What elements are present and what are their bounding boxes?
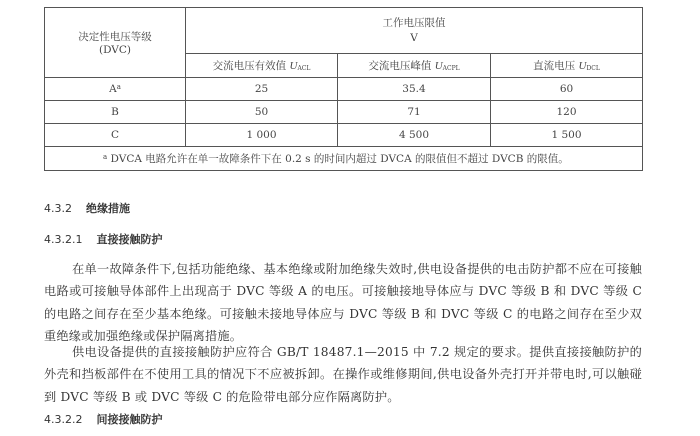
acl-cell: 25 (186, 78, 338, 101)
working-voltage-unit: V (186, 31, 642, 46)
dvc-cell: Aa (45, 78, 186, 101)
section-heading-4-3-2: 4.3.2绝缘措施 (44, 200, 130, 216)
acpl-cell: 35.4 (338, 78, 491, 101)
ac-peak-header: 交流电压峰值 UACPL (338, 54, 491, 78)
table-row: Aa 25 35.4 60 (45, 78, 643, 101)
dcl-cell: 60 (491, 78, 643, 101)
acpl-cell: 4 500 (338, 124, 491, 147)
working-voltage-header-label: 工作电压限值 (186, 16, 642, 31)
dvc-cell: C (45, 124, 186, 147)
dvc-header-label: 决定性电压等级 (45, 29, 185, 44)
dc-header: 直流电压 UDCL (491, 54, 643, 78)
section-heading-4-3-2-1: 4.3.2.1直接接触防护 (44, 231, 162, 247)
voltage-limits-table-container: 决定性电压等级 (DVC) 工作电压限值 V 交流电压有效值 UACL 交流电压… (44, 7, 642, 171)
voltage-limits-table: 决定性电压等级 (DVC) 工作电压限值 V 交流电压有效值 UACL 交流电压… (44, 7, 643, 171)
table-row: C 1 000 4 500 1 500 (45, 124, 643, 147)
table-footnote: a DVCA 电路允许在单一故障条件下在 0.2 s 的时间内超过 DVCA 的… (45, 147, 643, 171)
working-voltage-header-cell: 工作电压限值 V (186, 8, 643, 54)
dvc-header-abbrev: (DVC) (45, 44, 185, 56)
paragraph-insulation-failure: 在单一故障条件下,包括功能绝缘、基本绝缘或附加绝缘失效时,供电设备提供的电击防护… (44, 258, 642, 347)
acl-cell: 1 000 (186, 124, 338, 147)
dcl-cell: 120 (491, 101, 643, 124)
acpl-cell: 71 (338, 101, 491, 124)
dcl-cell: 1 500 (491, 124, 643, 147)
dvc-header-cell: 决定性电压等级 (DVC) (45, 8, 186, 78)
paragraph-direct-contact: 供电设备提供的直接接触防护应符合 GB/T 18487.1—2015 中 7.2… (44, 341, 642, 408)
ac-rms-header: 交流电压有效值 UACL (186, 54, 338, 78)
table-row: B 50 71 120 (45, 101, 643, 124)
acl-cell: 50 (186, 101, 338, 124)
dvc-cell: B (45, 101, 186, 124)
section-heading-4-3-2-2: 4.3.2.2间接接触防护 (44, 411, 162, 427)
